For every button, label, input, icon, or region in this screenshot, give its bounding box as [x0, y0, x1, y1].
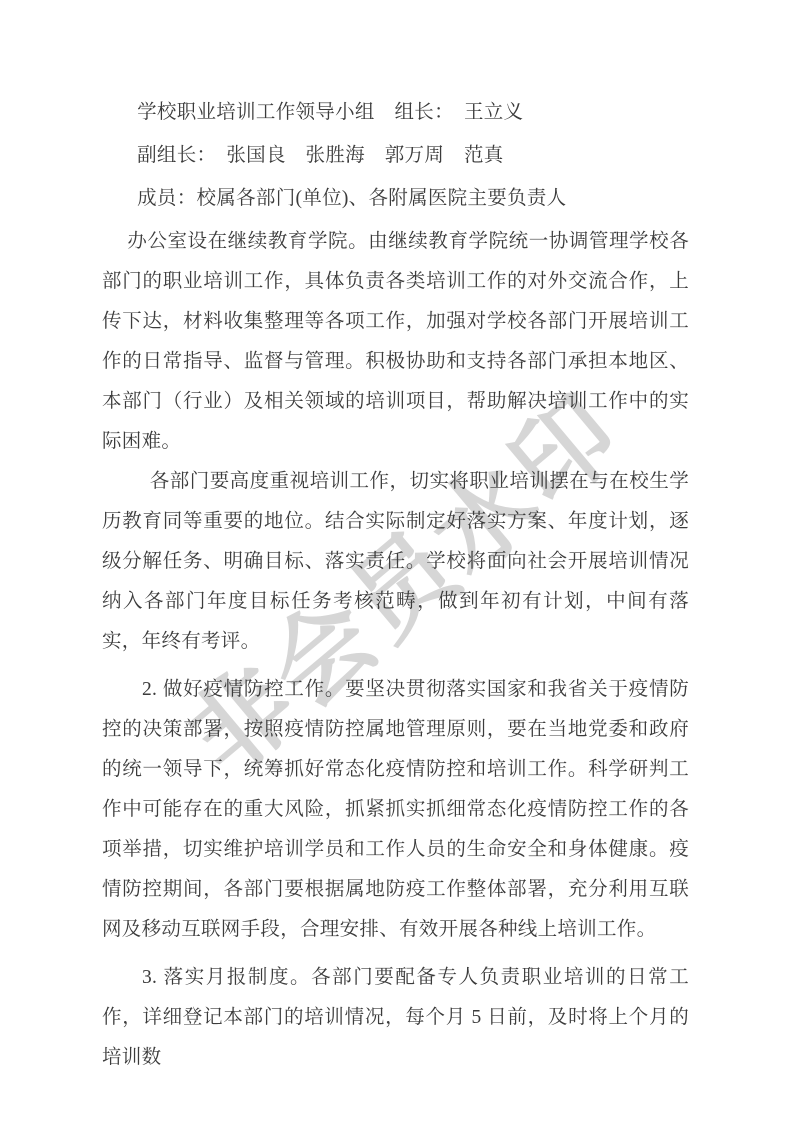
document-body: 学校职业培训工作领导小组 组长： 王立义 副组长： 张国良 张胜海 郭万周 范真…: [102, 93, 689, 1078]
line-leading-group-head: 学校职业培训工作领导小组 组长： 王立义: [102, 93, 689, 133]
line-deputy-leaders: 副组长： 张国良 张胜海 郭万周 范真: [102, 136, 689, 176]
paragraph-office-duties: 办公室设在继续教育学院。由继续教育学院统一协调管理学校各部门的职业培训工作，具体…: [102, 222, 689, 462]
paragraph-monthly-report: 3. 落实月报制度。各部门要配备专人负责职业培训的日常工作，详细登记本部门的培训…: [102, 958, 689, 1078]
paragraph-epidemic-prevention: 2. 做好疫情防控工作。要坚决贯彻落实国家和我省关于疫情防控的决策部署，按照疫情…: [102, 670, 689, 950]
paragraph-training-importance: 各部门要高度重视培训工作，切实将职业培训摆在与在校生学历教育同等重要的地位。结合…: [102, 462, 689, 662]
document-page: 非会员水印 学校职业培训工作领导小组 组长： 王立义 副组长： 张国良 张胜海 …: [0, 0, 794, 1123]
line-members: 成员：校属各部门(单位)、各附属医院主要负责人: [102, 179, 689, 219]
